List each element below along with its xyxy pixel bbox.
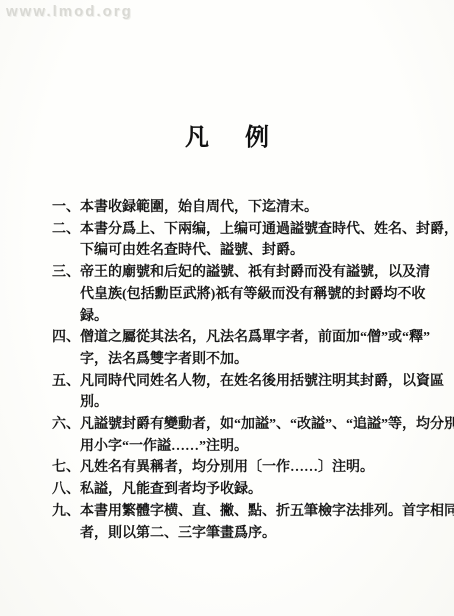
item-text: 凡同時代同姓名人物，在姓名後用括號注明其封爵，以資區 別。 bbox=[80, 371, 444, 414]
item-line: 凡同時代同姓名人物，在姓名後用括號注明其封爵，以資區 bbox=[80, 371, 444, 393]
item-line: 用小字“一作謚……”注明。 bbox=[80, 436, 444, 458]
item-number: 一、 bbox=[52, 197, 80, 219]
item-text: 私謚，凡能查到者均予收録。 bbox=[80, 479, 444, 501]
item-number: 五、 bbox=[52, 371, 80, 393]
item-text: 帝王的廟號和后妃的謚號、祇有封爵而没有謚號，以及清 代皇族(包括勳臣武將)祇有等… bbox=[80, 262, 444, 327]
list-item: 二、 本書分爲上、下兩编，上编可通過謚號查時代、姓名、封爵， 下编可由姓名查時代… bbox=[52, 219, 444, 262]
item-text: 本書收録範圍，始自周代，下迄清末。 bbox=[80, 197, 444, 219]
item-line: 本書用繁體字横、直、撇、點、折五筆檢字法排列。首字相同 bbox=[80, 501, 444, 523]
item-number: 七、 bbox=[52, 457, 80, 479]
item-line: 僧道之屬從其法名，凡法名爲單字者，前面加“僧”或“釋” bbox=[80, 327, 444, 349]
item-line: 代皇族(包括勳臣武將)祇有等級而没有稱號的封爵均不收 bbox=[80, 284, 444, 306]
item-text: 凡姓名有異稱者，均分別用〔一作……〕注明。 bbox=[80, 457, 444, 479]
item-line: 本書分爲上、下兩编，上编可通過謚號查時代、姓名、封爵， bbox=[80, 219, 444, 241]
list-item: 三、 帝王的廟號和后妃的謚號、祇有封爵而没有謚號，以及清 代皇族(包括勳臣武將)… bbox=[52, 262, 444, 327]
list-item: 八、 私謚，凡能查到者均予收録。 bbox=[52, 479, 444, 501]
list-item: 七、 凡姓名有異稱者，均分別用〔一作……〕注明。 bbox=[52, 457, 444, 479]
item-text: 凡謚號封爵有變動者，如“加謚”、“改謚”、“追謚”等，均分別 用小字“一作謚……… bbox=[80, 414, 444, 457]
item-line: 本書收録範圍，始自周代，下迄清末。 bbox=[80, 197, 444, 219]
item-number: 九、 bbox=[52, 501, 80, 523]
item-line: 下编可由姓名查時代、謚號、封爵。 bbox=[80, 240, 444, 262]
item-text: 本書用繁體字横、直、撇、點、折五筆檢字法排列。首字相同 者，則以第二、三字筆畫爲… bbox=[80, 501, 444, 544]
item-line: 私謚，凡能查到者均予收録。 bbox=[80, 479, 444, 501]
item-text: 僧道之屬從其法名，凡法名爲單字者，前面加“僧”或“釋” 字，法名爲雙字者則不加。 bbox=[80, 327, 444, 370]
item-number: 三、 bbox=[52, 262, 80, 284]
list-item: 五、 凡同時代同姓名人物，在姓名後用括號注明其封爵，以資區 別。 bbox=[52, 371, 444, 414]
item-number: 二、 bbox=[52, 219, 80, 241]
item-text: 本書分爲上、下兩编，上编可通過謚號查時代、姓名、封爵， 下编可由姓名查時代、謚號… bbox=[80, 219, 444, 262]
list-item: 九、 本書用繁體字横、直、撇、點、折五筆檢字法排列。首字相同 者，則以第二、三字… bbox=[52, 501, 444, 544]
item-number: 六、 bbox=[52, 414, 80, 436]
item-line: 凡謚號封爵有變動者，如“加謚”、“改謚”、“追謚”等，均分別 bbox=[80, 414, 444, 436]
list-item: 六、 凡謚號封爵有變動者，如“加謚”、“改謚”、“追謚”等，均分別 用小字“一作… bbox=[52, 414, 444, 457]
item-number: 八、 bbox=[52, 479, 80, 501]
item-line: 帝王的廟號和后妃的謚號、祇有封爵而没有謚號，以及清 bbox=[80, 262, 444, 284]
item-line: 字，法名爲雙字者則不加。 bbox=[80, 349, 444, 371]
item-line: 者，則以第二、三字筆畫爲序。 bbox=[80, 523, 444, 545]
explanatory-notes-list: 一、 本書收録範圍，始自周代，下迄清末。 二、 本書分爲上、下兩编，上编可通過謚… bbox=[52, 197, 444, 544]
list-item: 四、 僧道之屬從其法名，凡法名爲單字者，前面加“僧”或“釋” 字，法名爲雙字者則… bbox=[52, 327, 444, 370]
page-title: 凡例 bbox=[0, 117, 454, 152]
scanned-book-page: www.lmod.org 凡例 一、 本書收録範圍，始自周代，下迄清末。 二、 … bbox=[0, 0, 454, 616]
item-number: 四、 bbox=[52, 327, 80, 349]
item-line: 録。 bbox=[80, 306, 444, 328]
item-line: 別。 bbox=[80, 392, 444, 414]
item-line: 凡姓名有異稱者，均分別用〔一作……〕注明。 bbox=[80, 457, 444, 479]
list-item: 一、 本書收録範圍，始自周代，下迄清末。 bbox=[52, 197, 444, 219]
watermark-text: www.lmod.org bbox=[6, 3, 133, 20]
